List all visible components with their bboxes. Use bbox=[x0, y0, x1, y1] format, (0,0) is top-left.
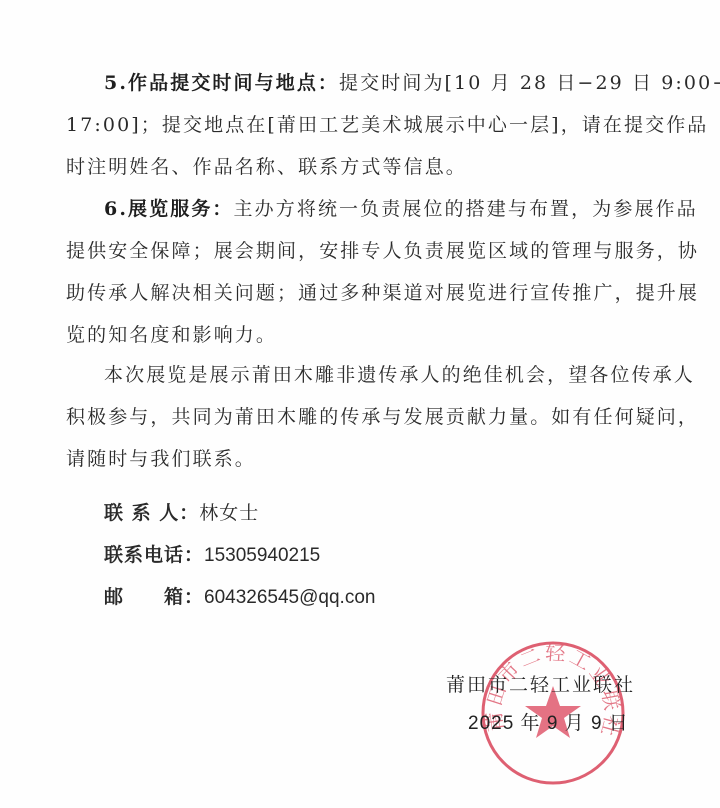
section-6-line-2: 提供安全保障；展会期间，安排专人负责展览区域的管理与服务，协 bbox=[66, 230, 662, 272]
section-5-line-1: 5.作品提交时间与地点：提交时间为[10 月 28 日−29 日 9:00− bbox=[66, 62, 662, 104]
contact-person-value: 林女士 bbox=[199, 502, 259, 524]
contact-email-value: 604326545@qq.con bbox=[204, 587, 375, 608]
section-6-text: 主办方将统一负责展位的搭建与布置，为参展作品 bbox=[234, 198, 698, 220]
contact-email-label: 邮 箱： bbox=[104, 576, 204, 618]
section-5-text: 提交时间为[10 月 28 日−29 日 9:00− bbox=[339, 72, 720, 94]
contact-email: 邮 箱：604326545@qq.con bbox=[104, 576, 375, 619]
signature-organization: 莆田市二轻工业联社 bbox=[446, 670, 635, 697]
closing-line-2: 积极参与，共同为莆田木雕的传承与发展贡献力量。如有任何疑问， bbox=[66, 396, 662, 438]
section-5-submission: 5.作品提交时间与地点：提交时间为[10 月 28 日−29 日 9:00− 1… bbox=[66, 62, 662, 188]
section-6-heading: 6.展览服务： bbox=[104, 198, 234, 220]
section-6-line-1: 6.展览服务：主办方将统一负责展位的搭建与布置，为参展作品 bbox=[66, 188, 662, 230]
signature-date: 2025 年 9 月 9 日 bbox=[468, 708, 629, 735]
section-5-line-3: 时注明姓名、作品名称、联系方式等信息。 bbox=[66, 146, 662, 188]
contact-person-label: 联 系 人： bbox=[104, 492, 199, 534]
closing-paragraph: 本次展览是展示莆田木雕非遗传承人的绝佳机会，望各位传承人 积极参与，共同为莆田木… bbox=[66, 354, 662, 480]
section-5-heading: 5.作品提交时间与地点： bbox=[104, 72, 339, 94]
section-6-line-3: 助传承人解决相关问题；通过多种渠道对展览进行宣传推广，提升展 bbox=[66, 272, 662, 314]
section-5-line-2: 17:00]；提交地点在[莆田工艺美术城展示中心一层]，请在提交作品 bbox=[66, 104, 662, 146]
contact-person: 联 系 人：林女士 bbox=[104, 492, 259, 534]
section-6-line-4: 览的知名度和影响力。 bbox=[66, 314, 662, 356]
section-6-services: 6.展览服务：主办方将统一负责展位的搭建与布置，为参展作品 提供安全保障；展会期… bbox=[66, 188, 662, 356]
document-page: 5.作品提交时间与地点：提交时间为[10 月 28 日−29 日 9:00− 1… bbox=[0, 0, 720, 808]
contact-phone: 联系电话：15305940215 bbox=[104, 534, 320, 577]
closing-line-1: 本次展览是展示莆田木雕非遗传承人的绝佳机会，望各位传承人 bbox=[66, 354, 662, 396]
contact-phone-label: 联系电话： bbox=[104, 534, 204, 576]
closing-line-3: 请随时与我们联系。 bbox=[66, 438, 662, 480]
contact-phone-value: 15305940215 bbox=[204, 545, 320, 566]
